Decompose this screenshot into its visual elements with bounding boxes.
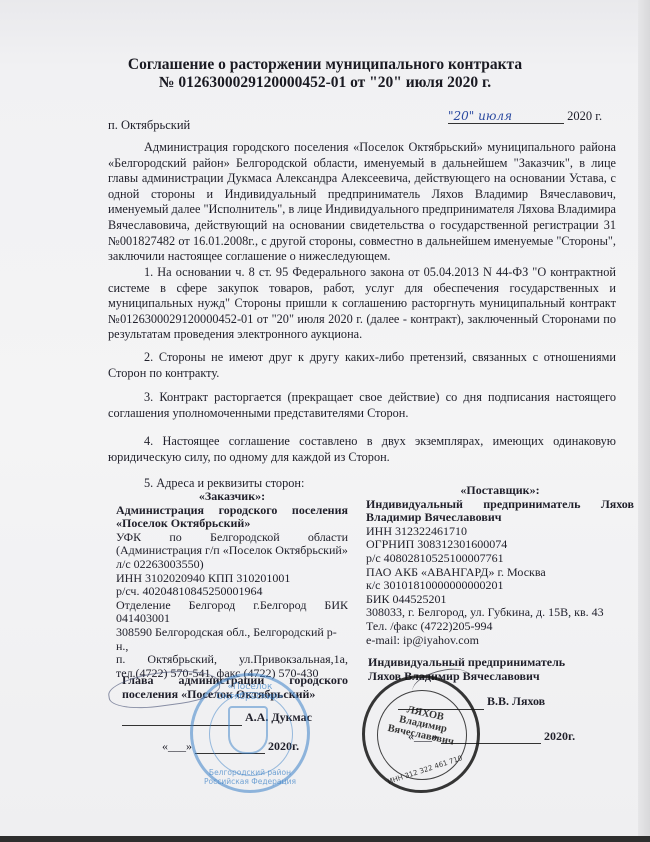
customer-details: «Заказчик»: Администрация городского пос… [116, 490, 348, 680]
supplier-name-line-1: Индивидуальный предприниматель Ляхов [366, 498, 634, 512]
customer-line: 041403001 [116, 612, 348, 626]
stamp-text-bottom: Белгородский район Российская Федерация [193, 768, 307, 786]
customer-line: Отделение Белгород г.Белгород БИК [116, 599, 348, 613]
supplier-line: р/с 40802810525100007761 [366, 552, 634, 566]
scan-bottom-edge [0, 836, 650, 842]
customer-header: «Заказчик»: [116, 490, 348, 504]
customer-name-line-1: Администрация городского поселения [116, 504, 348, 518]
title-line-1: Соглашение о расторжении муниципального … [100, 56, 550, 74]
customer-line: ИНН 3102020940 КПП 310201001 [116, 572, 348, 586]
customer-date-prefix: «___» [162, 739, 192, 753]
customer-line: 308590 Белгородская обл., Белгородский р… [116, 626, 348, 653]
customer-line: п. Октябрьский, ул.Привокзальная,1а, [116, 653, 348, 667]
customer-line: р/сч. 40204810845250001964 [116, 585, 348, 599]
supplier-line: 308033, г. Белгород, ул. Губкина, д. 15В… [366, 606, 634, 620]
customer-line: УФК по Белгородской области [116, 531, 348, 545]
supplier-header: «Поставщик»: [366, 484, 634, 498]
customer-line: (Администрация г/п «Поселок Октябрьский» [116, 544, 348, 558]
customer-name-line-2: «Поселок Октябрьский» [116, 517, 348, 531]
document-title: Соглашение о расторжении муниципального … [100, 56, 550, 92]
clause-4: 4. Настоящее соглашение составлено в дву… [108, 434, 616, 465]
coat-of-arms-icon [228, 706, 268, 754]
date-day: "20" [448, 109, 474, 123]
title-line-2: № 0126300029120000452-01 от "20" июля 20… [100, 74, 550, 92]
supplier-line: БИК 044525201 [366, 593, 634, 607]
page-edge [638, 0, 650, 836]
supplier-name-line-2: Владимир Вячеславович [366, 511, 634, 525]
document-page: Соглашение о расторжении муниципального … [0, 0, 650, 836]
document-date: "20" июля 2020 г. [448, 109, 618, 124]
clause-3: 3. Контракт расторгается (прекращает сво… [108, 390, 616, 421]
supplier-line: ПАО АКБ «АВАНГАРД» г. Москва [366, 566, 634, 580]
supplier-line: Тел. /факс (4722)205-994 [366, 620, 634, 634]
supplier-date-year: 2020г. [544, 729, 575, 743]
place-name: п. Октябрьский [108, 118, 190, 133]
date-month: июля [478, 109, 512, 123]
supplier-line: к/с 30101810000000000201 [366, 579, 634, 593]
preamble: Администрация городского поселения «Посе… [108, 140, 616, 265]
clause-1: 1. На основании ч. 8 ст. 95 Федерального… [108, 265, 616, 343]
clause-2: 2. Стороны не имеют друг к другу каких-л… [108, 350, 616, 381]
supplier-line: ОГРНИП 308312301600074 [366, 538, 634, 552]
date-year: 2020 г. [567, 109, 602, 123]
supplier-line: ИНН 312322461710 [366, 525, 634, 539]
handwritten-date: "20" июля [448, 109, 564, 124]
supplier-signatory-title-1: Индивидуальный предприниматель [368, 656, 628, 670]
supplier-signatory-name: В.В. Ляхов [487, 694, 545, 708]
supplier-email: e-mail: ip@iyahov.com [366, 634, 634, 648]
supplier-details: «Поставщик»: Индивидуальный предпринимат… [366, 484, 634, 647]
customer-line: л/с 02263003550) [116, 558, 348, 572]
